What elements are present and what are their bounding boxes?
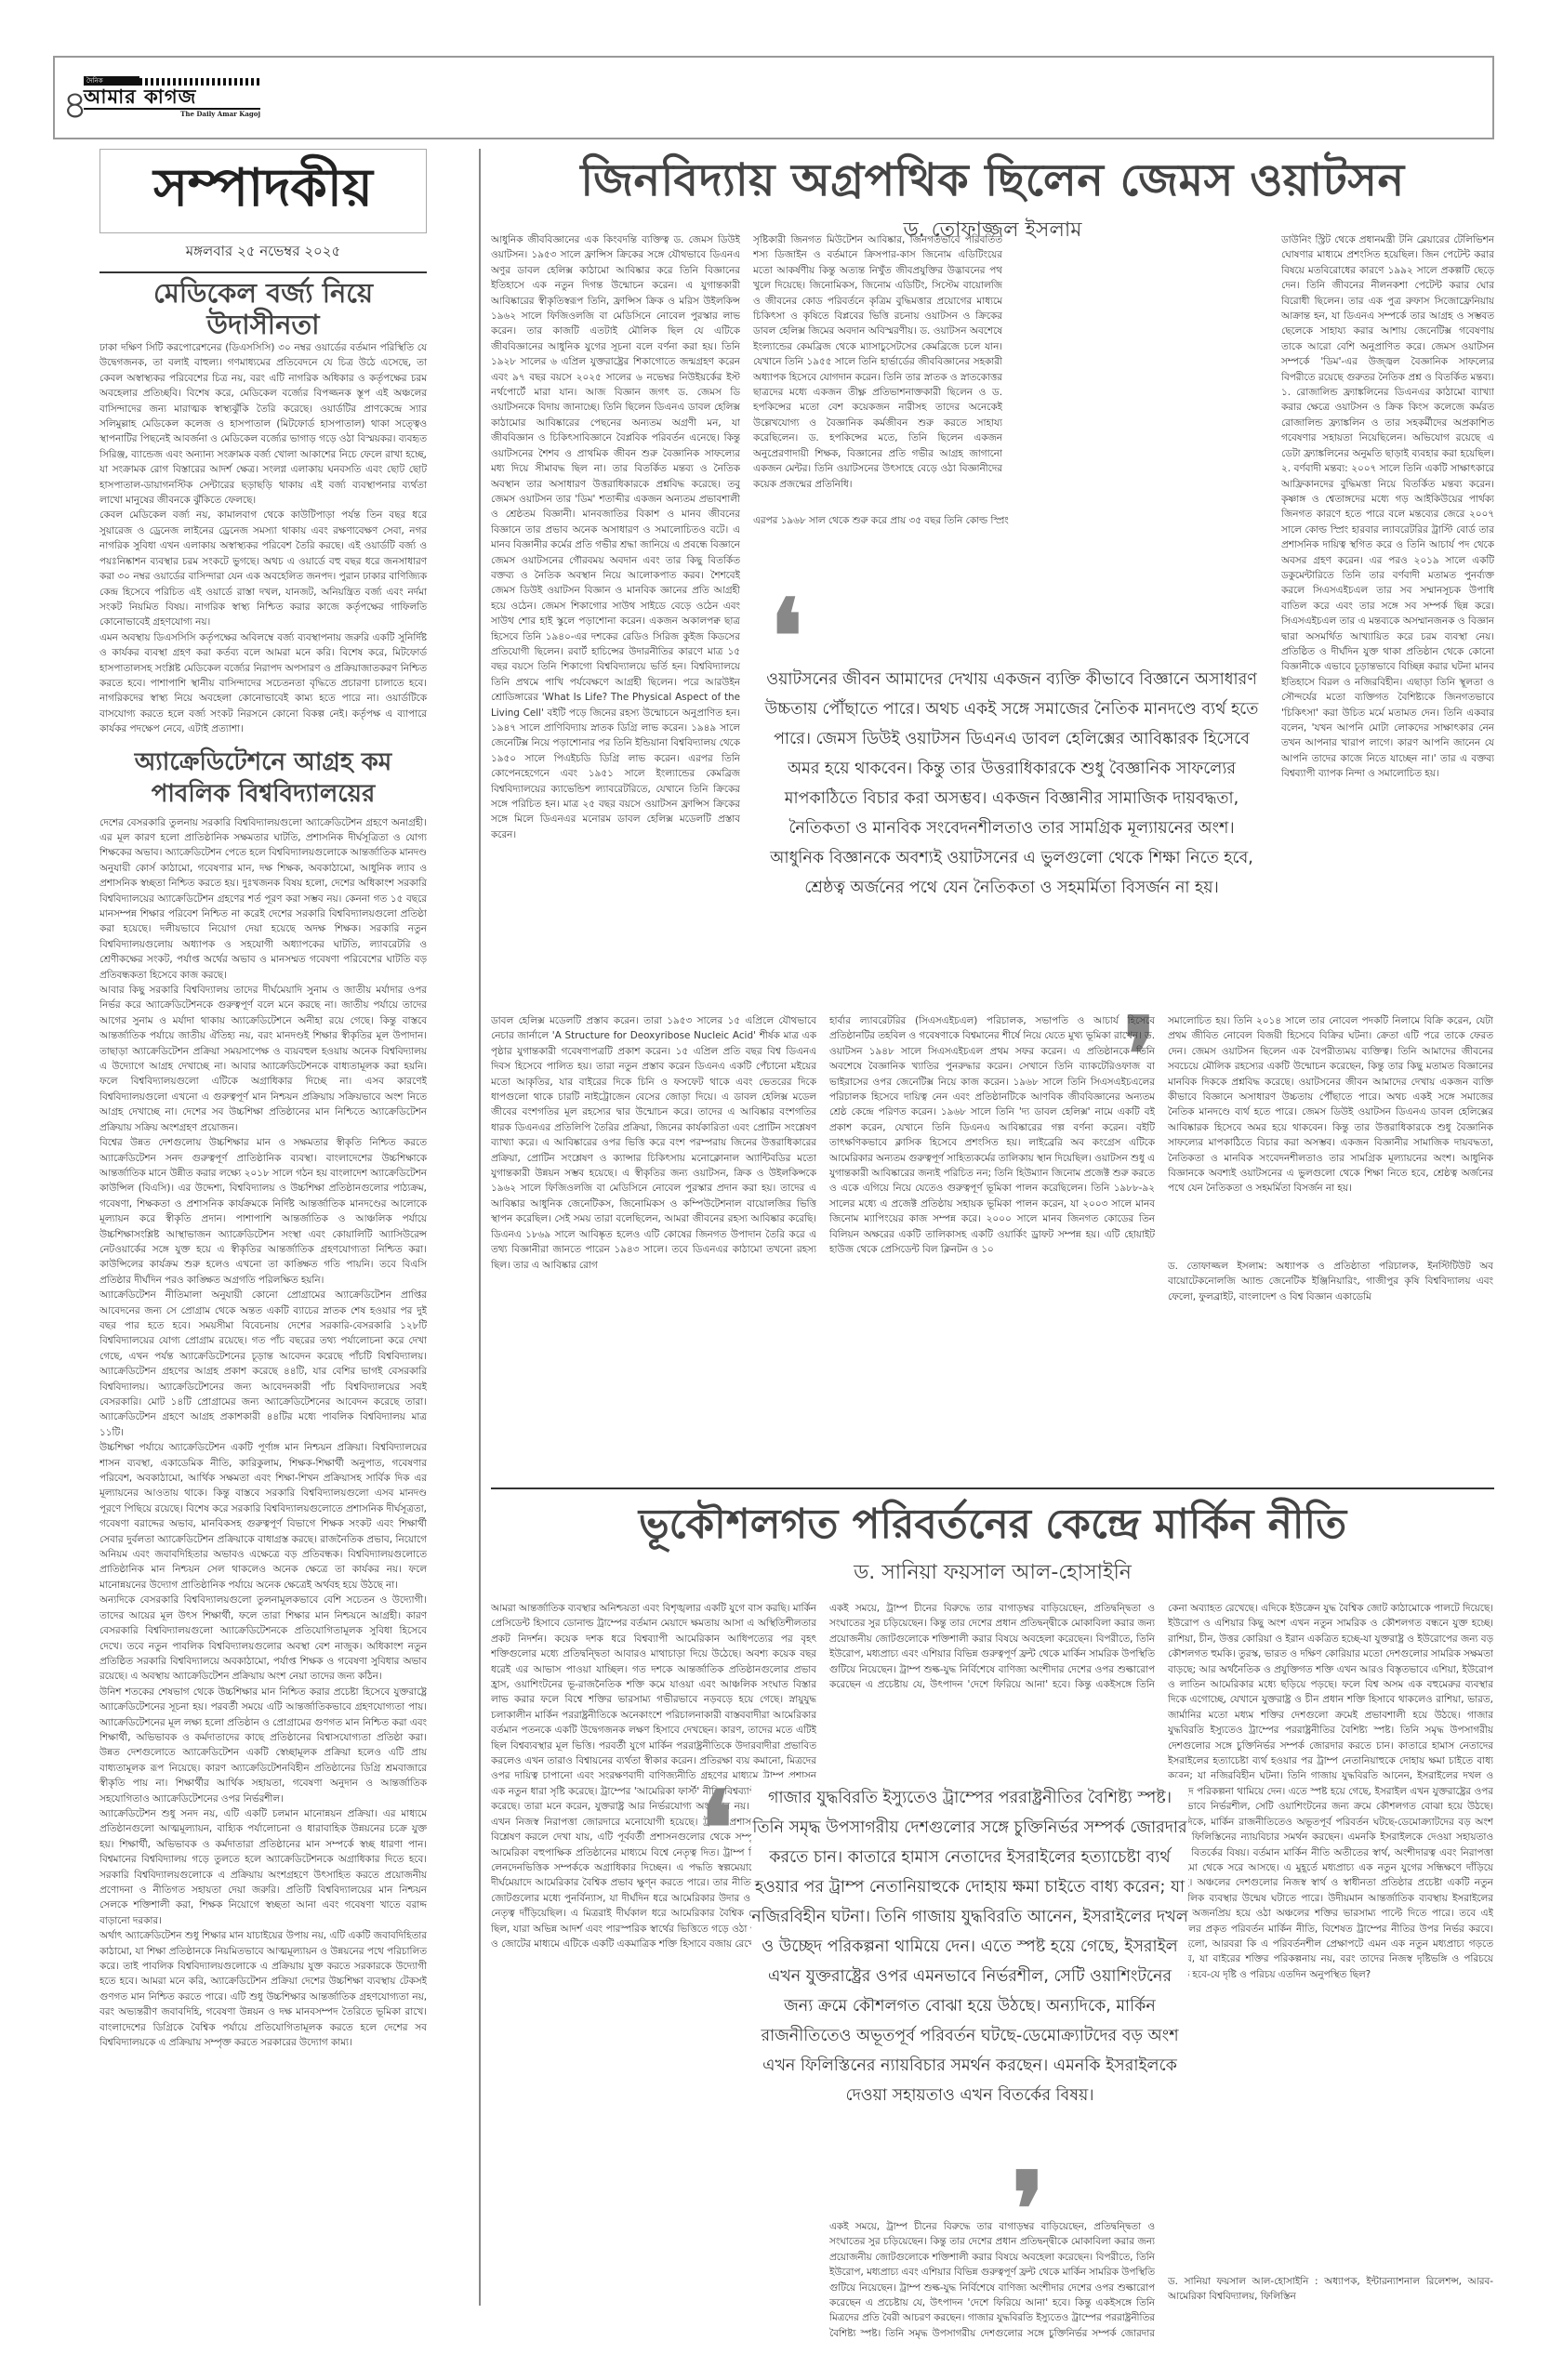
headline-line: অ্যাক্রেডিটেশনে আগ্রহ কম xyxy=(135,748,392,776)
skyline-graphic xyxy=(139,78,260,86)
paragraph: অ্যাক্রেডিটেশন নীতিমালা অনুযায়ী কোনো প্… xyxy=(99,1288,427,1440)
editorial-column: সম্পাদকীয় মঙ্গলবার ২৫ নভেম্বর ২০২৫ মেডি… xyxy=(99,149,427,2361)
paragraph: কেবল মেডিকেল বর্জ্য নয়, কামালবাগ থেকে ক… xyxy=(99,508,427,629)
article-byline: ড. সানিয়া ফয়সাল আল-হোসাইনি xyxy=(491,1556,1494,1591)
paragraph: অর্থাৎ অ্যাক্রেডিটেশন শুধু শিক্ষার মান য… xyxy=(99,1928,427,2050)
masthead: ৪ দৈনিক আমার কাগজ The Daily Amar Kagoj xyxy=(53,56,1494,139)
paragraph: এমন অবস্থায় ডিএসসিসি কর্তৃপক্ষের অবিলম্… xyxy=(99,630,427,737)
article-column-5: হার্বার ল্যাবরেটরির (সিএসএইচএল) পরিচালক,… xyxy=(829,1013,1155,1329)
article-column-2: একই সময়ে, ট্রাম্প চীনের বিরুদ্ধে তার বা… xyxy=(829,1601,1155,1689)
article-headline: ভূকৌশলগত পরিবর্তনের কেন্দ্রে মার্কিন নীত… xyxy=(491,1499,1494,1551)
logo-title: আমার কাগজ xyxy=(84,86,260,110)
column-divider xyxy=(479,149,481,2306)
author-note: ড. তোফাজ্জল ইসলাম: অধ্যাপক ও প্রতিষ্ঠাতা… xyxy=(1168,1259,1493,1304)
newspaper-logo: দৈনিক আমার কাগজ The Daily Amar Kagoj xyxy=(84,76,260,117)
paragraph: দেশের বেসরকারি তুলনায় সরকারি বিশ্ববিদ্য… xyxy=(99,815,427,983)
editorial-headline-1: মেডিকেল বর্জ্য নিয়ে উদাসীনতা xyxy=(99,277,427,340)
article-headline: জিনবিদ্যায় অগ্রপথিক ছিলেন জেমস ওয়াটসন xyxy=(491,152,1494,208)
close-quote-icon: ❜ xyxy=(1012,2159,1044,2261)
pull-quote: ওয়াটসনের জীবন আমাদের দেখায় একজন ব্যক্ত… xyxy=(761,665,1263,903)
article-column-6-text: সমালোচিত হয়। তিনি ২০১৪ সালে তার নোবেল প… xyxy=(1168,1013,1493,1255)
editorial-body-1: ঢাকা দক্ষিণ সিটি করপোরেশনের (ডিএসসিসি) ৩… xyxy=(99,340,427,737)
article-column-3: ডাউনিং স্ট্রিট থেকে প্রধানমন্ত্রী টনি ব্… xyxy=(1281,232,1494,1013)
paragraph: আবার কিছু সরকারি বিশ্ববিদ্যালয় তাদের দী… xyxy=(99,983,427,1135)
article-column-2-lower: একই সময়ে, ট্রাম্প চীনের বিরুদ্ধে তার বা… xyxy=(829,2219,1155,2340)
paragraph: ঢাকা দক্ষিণ সিটি করপোরেশনের (ডিএসসিসি) ৩… xyxy=(99,340,427,508)
article-column-1: আধুনিক জীববিজ্ঞানের এক কিংবদন্তি ব্যক্তি… xyxy=(491,232,740,1013)
author-note: ড. সানিয়া ফয়সাল আল-হোসাইনি : অধ্যাপক, … xyxy=(1168,2274,1493,2305)
article-column-3: কেনা অব্যাহত রেখেছে। এদিকে ইউক্রেন যুদ্ধ… xyxy=(1168,1601,1493,2270)
paragraph: উচ্চশিক্ষা পর্যায়ে অ্যাক্রেডিটেশন একটি … xyxy=(99,1440,427,1593)
logo-english: The Daily Amar Kagoj xyxy=(84,110,260,118)
feature-article-watson: জিনবিদ্যায় অগ্রপথিক ছিলেন জেমস ওয়াটসন … xyxy=(491,149,1494,1487)
section-title: সম্পাদকীয় xyxy=(99,149,427,233)
divider xyxy=(99,271,427,273)
logo-top-label: দৈনিক xyxy=(84,76,139,86)
editorial-headline-2: অ্যাক্রেডিটেশনে আগ্রহ কম পাবলিক বিশ্ববিদ… xyxy=(99,747,427,810)
pull-quote: গাজার যুদ্ধবিরতি ইস্যুতেও ট্রাম্পের পররা… xyxy=(751,1778,1188,2116)
article-columns-lower: ডাবল হেলিক্স মডেলটি প্রস্তাব করেন। তারা … xyxy=(491,1013,1494,1329)
article-column-6: সমালোচিত হয়। তিনি ২০১৪ সালে তার নোবেল প… xyxy=(1168,1013,1493,1329)
paragraph: অ্যাক্রেডিটেশন শুধু সনদ নয়, এটি একটি চল… xyxy=(99,1806,427,1928)
issue-date: মঙ্গলবার ২৫ নভেম্বর ২০২৫ xyxy=(99,241,427,264)
section-divider xyxy=(491,1487,1494,1489)
open-quote-icon: ❛ xyxy=(700,1778,733,1880)
article-column-3-wrap: কেনা অব্যাহত রেখেছে। এদিকে ইউক্রেন যুদ্ধ… xyxy=(1168,1601,1493,2345)
editorial-body-2: দেশের বেসরকারি তুলনায় সরকারি বিশ্ববিদ্য… xyxy=(99,815,427,2210)
paragraph: উনিশ শতকের শেষভাগ থেকে উচ্চশিক্ষার মান ন… xyxy=(99,1685,427,1806)
paragraph: বিশ্বের উন্নত দেশগুলোয় উচ্চশিক্ষার মান … xyxy=(99,1135,427,1288)
paragraph: অন্যদিকে বেসরকারি বিশ্ববিদ্যালয়গুলো তুল… xyxy=(99,1593,427,1684)
feature-article-us-policy: ভূকৌশলগত পরিবর্তনের কেন্দ্রে মার্কিন নীত… xyxy=(491,1499,1494,2363)
headline-line: পাবলিক বিশ্ববিদ্যালয়ের xyxy=(152,780,376,808)
article-column-2: সৃষ্টিকারী জিনগত মিউটেশন আবিষ্কার, জিনগত… xyxy=(753,232,1002,511)
article-continuation: এরপর ১৯৬৮ সাল থেকে শুরু করে প্রায় ৩৫ বছ… xyxy=(753,513,1023,528)
article-column-4: ডাবল হেলিক্স মডেলটি প্রস্তাব করেন। তারা … xyxy=(491,1013,816,1329)
